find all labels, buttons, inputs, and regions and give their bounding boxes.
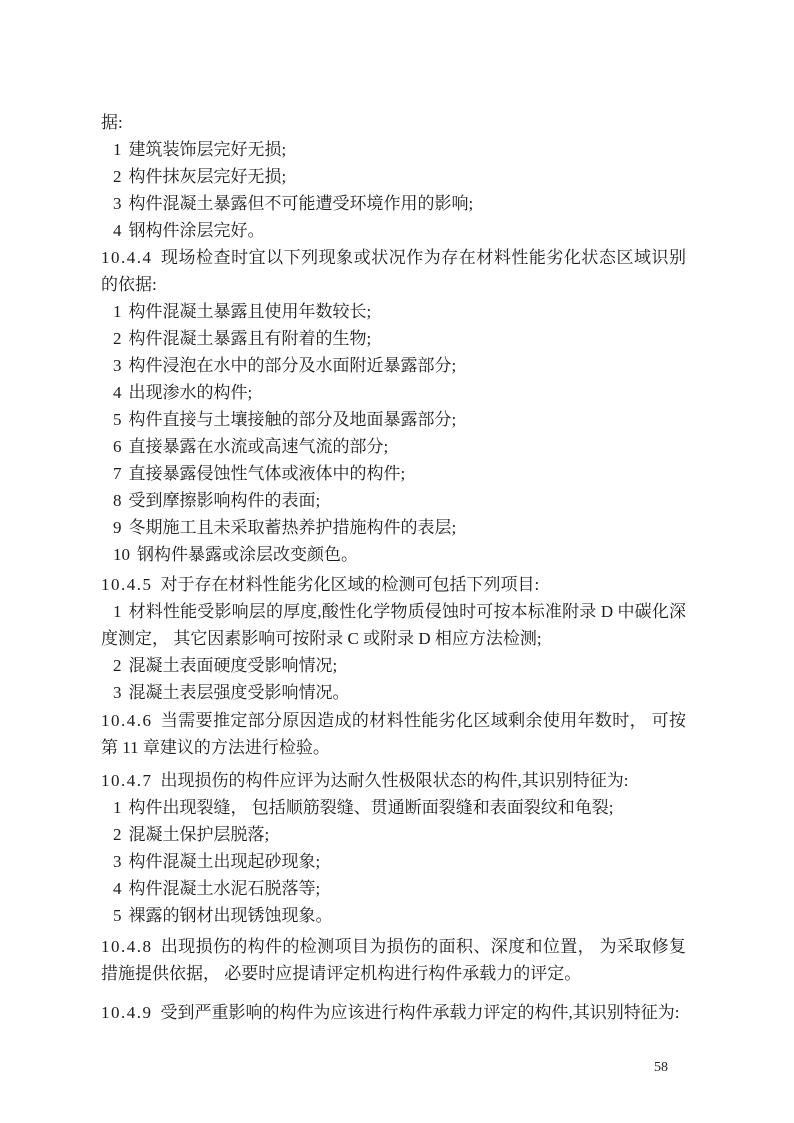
list-item: 3构件浸泡在水中的部分及水面附近暴露部分; — [101, 352, 686, 379]
item-text: 构件抹灰层完好无损; — [129, 167, 287, 186]
section-number: 10.4.8 — [101, 937, 153, 956]
item-text: 构件混凝土出现起砂现象; — [129, 852, 321, 871]
section-paragraph-10-4-4: 10.4.4现场检查时宜以下列现象或状况作为存在材料性能劣化状态区域识别的依据: — [101, 244, 686, 298]
item-number: 9 — [113, 518, 122, 537]
item-text: 直接暴露侵蚀性气体或液体中的构件; — [129, 464, 406, 483]
item-text: 直接暴露在水流或高速气流的部分; — [129, 437, 389, 456]
item-text: 混凝土保护层脱落; — [129, 825, 270, 844]
section-number: 10.4.4 — [101, 248, 153, 267]
section-text: 对于存在材料性能劣化区域的检测可包括下列项目: — [161, 575, 540, 594]
section-paragraph-10-4-7: 10.4.7出现损伤的构件应评为达耐久性极限状态的构件,其识别特征为: — [101, 767, 686, 794]
list-item: 3混凝土表层强度受影响情况。 — [101, 679, 686, 706]
item-number: 1 — [113, 798, 122, 817]
item-number: 1 — [113, 302, 122, 321]
section-paragraph-10-4-9: 10.4.9受到严重影响的构件为应该进行构件承载力评定的构件,其识别特征为: — [101, 999, 686, 1026]
list-item: 4构件混凝土水泥石脱落等; — [101, 875, 686, 902]
item-text: 混凝土表层强度受影响情况。 — [129, 683, 350, 702]
item-number: 3 — [113, 194, 122, 213]
item-text: 建筑装饰层完好无损; — [129, 140, 287, 159]
list-item: 6直接暴露在水流或高速气流的部分; — [101, 433, 686, 460]
item-text: 构件混凝土暴露但不可能遭受环境作用的影响; — [129, 194, 474, 213]
section-number: 10.4.9 — [101, 1003, 153, 1022]
item-text: 钢构件暴露或涂层改变颜色。 — [137, 545, 358, 564]
item-text: 材料性能受影响层的厚度,酸性化学物质侵蚀时可按本标准附录 D 中碳化深度测定， … — [101, 602, 686, 648]
item-text: 冬期施工且未采取蓄热养护措施构件的表层; — [129, 518, 457, 537]
list-item: 1材料性能受影响层的厚度,酸性化学物质侵蚀时可按本标准附录 D 中碳化深度测定，… — [101, 598, 686, 652]
list-item: 2混凝土保护层脱落; — [101, 821, 686, 848]
item-text: 钢构件涂层完好。 — [129, 221, 265, 240]
section-number: 10.4.6 — [101, 711, 153, 730]
section-paragraph-10-4-5: 10.4.5对于存在材料性能劣化区域的检测可包括下列项目: — [101, 571, 686, 598]
item-text: 构件出现裂缝， 包括顺筋裂缝、贯通断面裂缝和表面裂纹和龟裂; — [129, 798, 614, 817]
item-number: 2 — [113, 825, 122, 844]
item-number: 10 — [113, 545, 130, 564]
section-number: 10.4.5 — [101, 575, 153, 594]
list-item: 7直接暴露侵蚀性气体或液体中的构件; — [101, 460, 686, 487]
item-text: 构件混凝土暴露且有附着的生物; — [129, 329, 372, 348]
item-number: 7 — [113, 464, 122, 483]
item-number: 4 — [113, 879, 122, 898]
document-content: 据: 1建筑装饰层完好无损; 2构件抹灰层完好无损; 3构件混凝土暴露但不可能遭… — [101, 109, 686, 1026]
section-text: 现场检查时宜以下列现象或状况作为存在材料性能劣化状态区域识别的依据: — [101, 248, 686, 294]
item-text: 构件混凝土暴露且使用年数较长; — [129, 302, 372, 321]
document-page: 据: 1建筑装饰层完好无损; 2构件抹灰层完好无损; 3构件混凝土暴露但不可能遭… — [0, 0, 794, 1123]
list-item: 1建筑装饰层完好无损; — [101, 136, 686, 163]
paragraph-continuation-tail: 据: — [101, 109, 686, 136]
item-text: 构件直接与土壤接触的部分及地面暴露部分; — [129, 410, 457, 429]
item-number: 1 — [113, 602, 122, 621]
list-item: 5构件直接与土壤接触的部分及地面暴露部分; — [101, 406, 686, 433]
item-number: 4 — [113, 221, 122, 240]
item-number: 2 — [113, 167, 122, 186]
item-text: 裸露的钢材出现锈蚀现象。 — [129, 906, 333, 925]
list-item: 10钢构件暴露或涂层改变颜色。 — [101, 541, 686, 568]
list-item: 1构件出现裂缝， 包括顺筋裂缝、贯通断面裂缝和表面裂纹和龟裂; — [101, 794, 686, 821]
item-text: 受到摩擦影响构件的表面; — [129, 491, 321, 510]
list-item: 4钢构件涂层完好。 — [101, 217, 686, 244]
section-text: 出现损伤的构件的检测项目为损伤的面积、深度和位置， 为采取修复措施提供依据， 必… — [101, 937, 686, 983]
list-item: 3构件混凝土暴露但不可能遭受环境作用的影响; — [101, 190, 686, 217]
section-number: 10.4.7 — [101, 771, 153, 790]
list-item: 5裸露的钢材出现锈蚀现象。 — [101, 902, 686, 929]
list-item: 2混凝土表面硬度受影响情况; — [101, 652, 686, 679]
list-item: 8受到摩擦影响构件的表面; — [101, 487, 686, 514]
list-item: 2构件抹灰层完好无损; — [101, 163, 686, 190]
item-number: 4 — [113, 383, 122, 402]
item-number: 3 — [113, 852, 122, 871]
item-number: 2 — [113, 329, 122, 348]
section-text: 出现损伤的构件应评为达耐久性极限状态的构件,其识别特征为: — [161, 771, 629, 790]
item-text: 构件混凝土水泥石脱落等; — [129, 879, 321, 898]
list-item: 2构件混凝土暴露且有附着的生物; — [101, 325, 686, 352]
item-number: 5 — [113, 410, 122, 429]
section-paragraph-10-4-8: 10.4.8出现损伤的构件的检测项目为损伤的面积、深度和位置， 为采取修复措施提… — [101, 933, 686, 987]
item-text: 构件浸泡在水中的部分及水面附近暴露部分; — [129, 356, 457, 375]
list-item: 9冬期施工且未采取蓄热养护措施构件的表层; — [101, 514, 686, 541]
section-paragraph-10-4-6: 10.4.6当需要推定部分原因造成的材料性能劣化区域剩余使用年数时， 可按第 1… — [101, 707, 686, 761]
list-item: 4出现渗水的构件; — [101, 379, 686, 406]
item-number: 2 — [113, 656, 122, 675]
item-number: 8 — [113, 491, 122, 510]
section-text: 当需要推定部分原因造成的材料性能劣化区域剩余使用年数时， 可按第 11 章建议的… — [101, 711, 686, 757]
page-number: 58 — [654, 1059, 668, 1077]
item-text: 混凝土表面硬度受影响情况; — [129, 656, 338, 675]
section-text: 受到严重影响的构件为应该进行构件承载力评定的构件,其识别特征为: — [161, 1003, 680, 1022]
item-number: 3 — [113, 683, 122, 702]
item-number: 3 — [113, 356, 122, 375]
list-item: 3构件混凝土出现起砂现象; — [101, 848, 686, 875]
list-item: 1构件混凝土暴露且使用年数较长; — [101, 298, 686, 325]
item-text: 出现渗水的构件; — [129, 383, 253, 402]
item-number: 1 — [113, 140, 122, 159]
item-number: 6 — [113, 437, 122, 456]
item-number: 5 — [113, 906, 122, 925]
